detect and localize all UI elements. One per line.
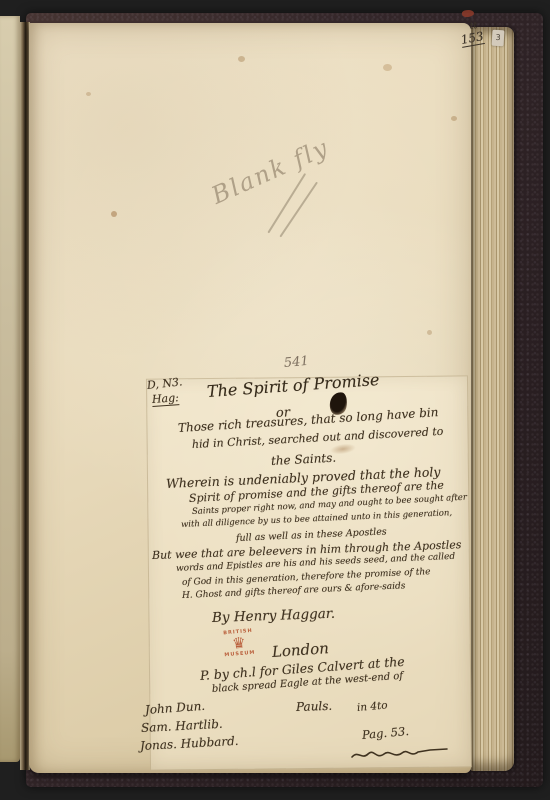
ink-flourish bbox=[350, 744, 450, 764]
fore-edge-label: 3 bbox=[491, 30, 504, 47]
margin-note: Hag: bbox=[152, 391, 180, 407]
foxing-spot bbox=[238, 56, 245, 62]
foxing-spot bbox=[383, 64, 392, 71]
foxing-spot bbox=[111, 211, 117, 217]
foxing-spot bbox=[451, 116, 457, 121]
series-number: 541 bbox=[283, 354, 309, 371]
fore-edge-pages bbox=[470, 27, 514, 771]
book-photograph: tt 153 3 Blank fly 541 D, N3. Hag: The S… bbox=[0, 0, 550, 800]
foxing-spot bbox=[427, 330, 432, 335]
british-museum-stamp: BRITISH ♛ MUSEUM bbox=[215, 628, 263, 659]
foxing-spot bbox=[86, 92, 91, 96]
ms-imprint-line: Pauls. bbox=[296, 699, 333, 714]
facing-page-edge bbox=[0, 16, 20, 762]
